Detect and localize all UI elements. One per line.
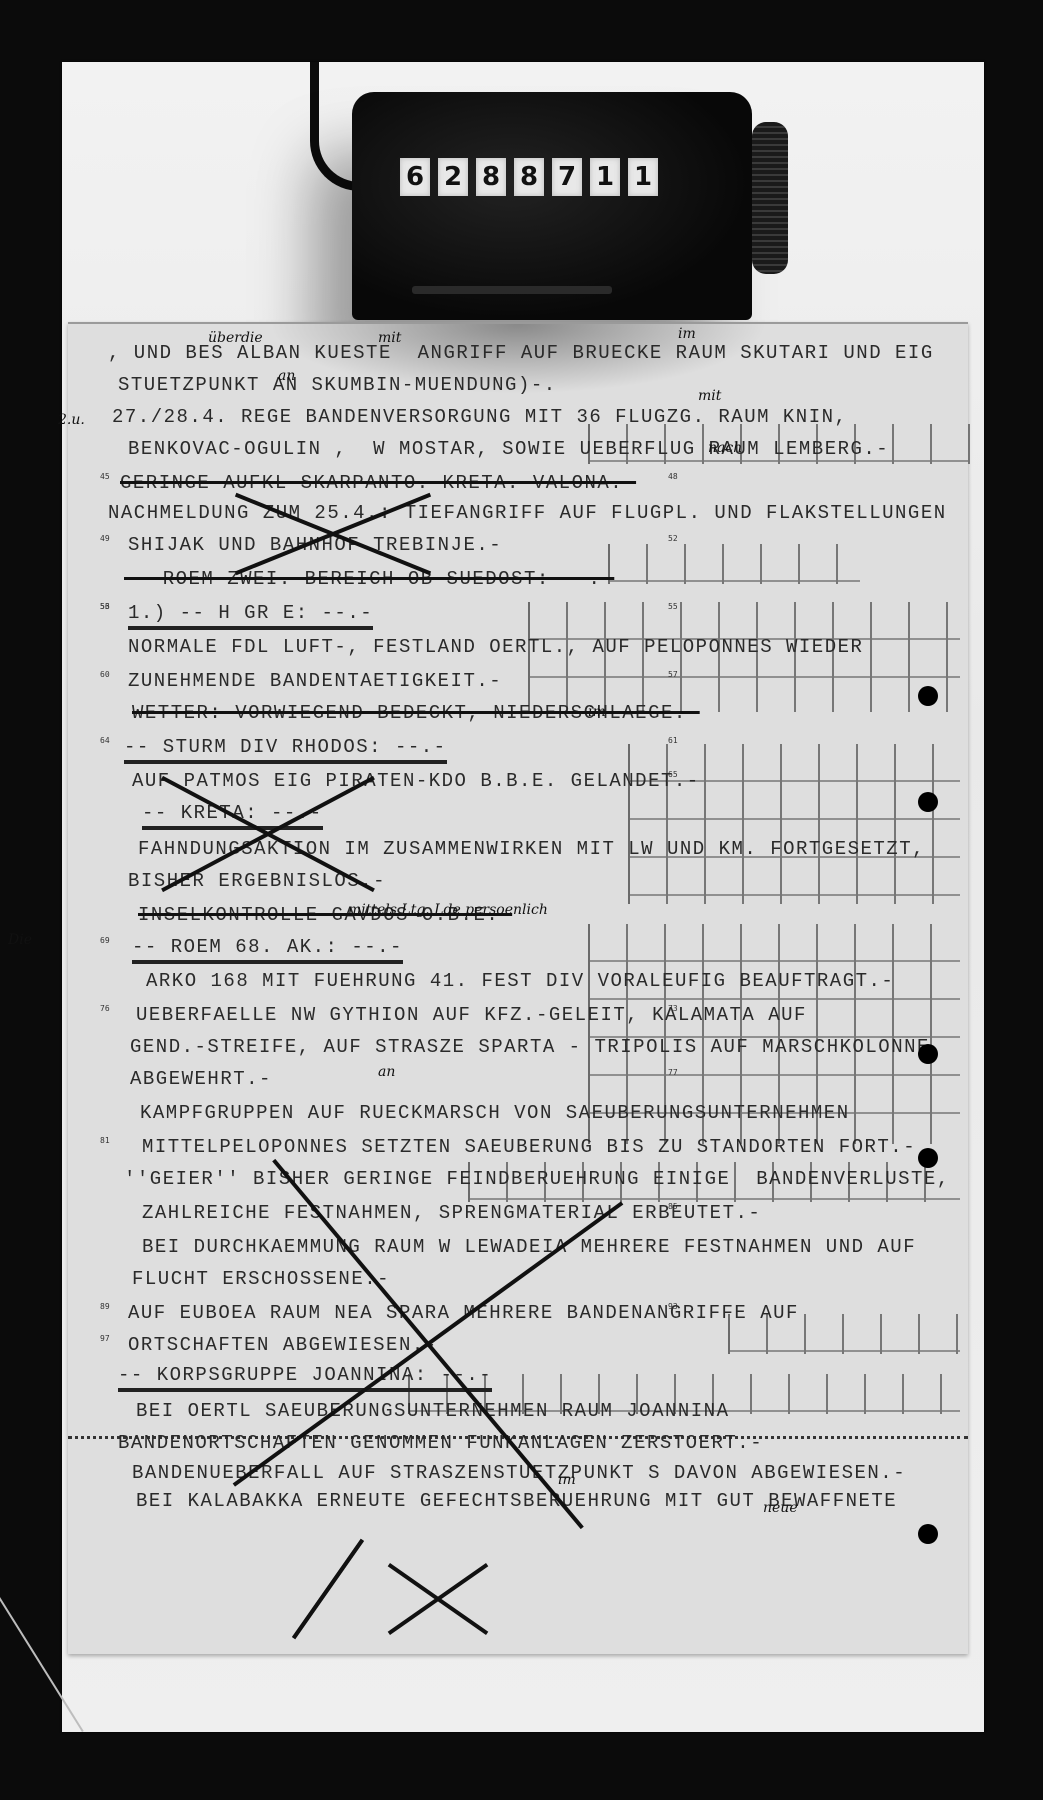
frame-counter: 6 2 8 8 7 1 1 xyxy=(352,92,752,320)
message-line: SHIJAK UND BAHNHOF TREBINJE.- xyxy=(128,534,502,556)
handwritten-note: mittels Ltg. Lde persoenlich xyxy=(348,902,548,918)
row-number: 76 xyxy=(100,1004,110,1013)
row-number: 65 xyxy=(668,770,678,779)
row-number: 52 xyxy=(668,534,678,543)
counter-digit: 1 xyxy=(590,158,620,196)
message-line: BISHER ERGEBNISLOS.- xyxy=(128,870,386,892)
message-line: -- STURM DIV RHODOS: --.- xyxy=(124,736,447,764)
handwritten-note: im xyxy=(678,326,696,342)
counter-digit: 7 xyxy=(552,158,582,196)
message-line: BANDENORTSCHAFTEN GENOMMEN FUNKANLAGEN Z… xyxy=(118,1432,763,1454)
row-number: 57 xyxy=(668,670,678,679)
counter-digit: 8 xyxy=(476,158,506,196)
message-line: FLUCHT ERSCHOSSENE.- xyxy=(132,1268,390,1290)
message-line: ZUNEHMENDE BANDENTAETIGKEIT.- xyxy=(128,670,502,692)
form-grid xyxy=(628,744,960,904)
row-number: 48 xyxy=(668,472,678,481)
handwritten-note: an xyxy=(278,368,295,384)
punch-hole xyxy=(918,686,938,706)
message-line: UEBERFAELLE NW GYTHION AUF KFZ.-GELEIT, … xyxy=(136,1004,807,1026)
row-number: 61 xyxy=(668,736,678,745)
counter-digit: 8 xyxy=(514,158,544,196)
message-line: ''GEIER'' BISHER GERINGE FEINDBERUEHRUNG… xyxy=(124,1168,950,1190)
cross-out-mark xyxy=(268,1554,388,1624)
message-line: AUF PATMOS EIG PIRATEN-KDO B.B.E. GELAND… xyxy=(132,770,700,792)
message-line: -- ROEM ZWEI. BEREICH OB SUEDOST: --.- xyxy=(124,568,614,590)
message-line: WETTER: VORWIEGEND BEDECKT, NIEDERSCHLAE… xyxy=(132,702,700,724)
message-line: BANDENUEBERFALL AUF STRASZENSTUETZPUNKT … xyxy=(132,1462,906,1484)
row-number: 97 xyxy=(100,1334,110,1343)
message-line: -- KORPSGRUPPE JOANNINA: --.- xyxy=(118,1364,492,1392)
message-line: MITTELPELOPONNES SETZTEN SAEUBERUNG BIS … xyxy=(142,1136,916,1158)
row-number: 77 xyxy=(668,1068,678,1077)
message-line: 27./28.4. REGE BANDENVERSORGUNG MIT 36 F… xyxy=(112,406,847,428)
message-line: STUETZPUNKT AN SKUMBIN-MUENDUNG)-. xyxy=(118,374,557,396)
message-line: BENKOVAC-OGULIN , W MOSTAR, SOWIE UEBERF… xyxy=(128,438,889,460)
punch-hole xyxy=(918,1148,938,1168)
row-number: 69 xyxy=(100,936,110,945)
message-line: KAMPFGRUPPEN AUF RUECKMARSCH VON SAEUBER… xyxy=(140,1102,850,1124)
message-line: NORMALE FDL LUFT-, FESTLAND OERTL., AUF … xyxy=(128,636,863,658)
message-line: -- ROEM 68. AK.: --.- xyxy=(132,936,403,964)
punch-hole xyxy=(918,792,938,812)
row-number: 85 xyxy=(668,1202,678,1211)
handwritten-note: 2.u. xyxy=(58,412,85,428)
row-number: 55 xyxy=(668,602,678,611)
handwritten-note: mit xyxy=(698,388,721,404)
row-number: 49 xyxy=(100,534,110,543)
message-line: FAHNDUNGSAKTION IM ZUSAMMENWIRKEN MIT LW… xyxy=(138,838,925,860)
punch-hole xyxy=(918,1044,938,1064)
message-line: BEI OERTL SAEUBERUNGSUNTERNEHMEN RAUM JO… xyxy=(136,1400,730,1422)
message-line: 1.) -- H GR E: --.- xyxy=(128,602,373,630)
message-line: ABGEWEHRT.- xyxy=(130,1068,272,1090)
form-grid xyxy=(608,544,860,584)
teletype-strip: , UND BES ALBAN KUESTE ANGRIFF AUF BRUEC… xyxy=(68,322,968,1654)
counter-digits: 6 2 8 8 7 1 1 xyxy=(400,158,658,196)
row-number: 64 xyxy=(100,736,110,745)
handwritten-note: im xyxy=(558,1472,576,1488)
row-number: 73 xyxy=(668,1004,678,1013)
cross-out-mark xyxy=(378,1564,498,1634)
counter-digit: 6 xyxy=(400,158,430,196)
row-number: 56 xyxy=(100,602,110,611)
message-line: ARKO 168 MIT FUEHRUNG 41. FEST DIV VORAL… xyxy=(146,970,894,992)
message-line: ORTSCHAFTEN ABGEWIESEN.- xyxy=(128,1334,438,1356)
handwritten-note: im xyxy=(588,704,606,720)
row-number: 93 xyxy=(668,1302,678,1311)
counter-knob xyxy=(752,122,788,274)
row-number: 60 xyxy=(100,670,110,679)
message-line: GEND.-STREIFE, AUF STRASZE SPARTA - TRIP… xyxy=(130,1036,930,1058)
counter-digit: 2 xyxy=(438,158,468,196)
handwritten-note: an xyxy=(378,1064,395,1080)
message-line: -- KRETA: --.- xyxy=(142,802,323,830)
counter-digit: 1 xyxy=(628,158,658,196)
message-line: AUF EUBOEA RAUM NEA SPARA MEHRERE BANDEN… xyxy=(128,1302,799,1324)
handwritten-note: neue xyxy=(763,1500,798,1516)
punch-hole xyxy=(918,1524,938,1544)
row-number: 81 xyxy=(100,1136,110,1145)
handwritten-note: mit xyxy=(378,330,401,346)
counter-slot xyxy=(412,286,612,294)
message-line: GERINGE AUFKL SKARPANTO. KRETA. VALONA.- xyxy=(120,472,636,494)
handwritten-note: Die xyxy=(8,932,32,948)
handwritten-note: nach xyxy=(708,440,742,456)
handwritten-note: überdie xyxy=(208,330,263,346)
row-number: 45 xyxy=(100,472,110,481)
row-number: 89 xyxy=(100,1302,110,1311)
message-line: BEI DURCHKAEMMUNG RAUM W LEWADEIA MEHRER… xyxy=(142,1236,916,1258)
message-line: NACHMELDUNG ZUM 25.4.: TIEFANGRIFF AUF F… xyxy=(108,502,947,524)
